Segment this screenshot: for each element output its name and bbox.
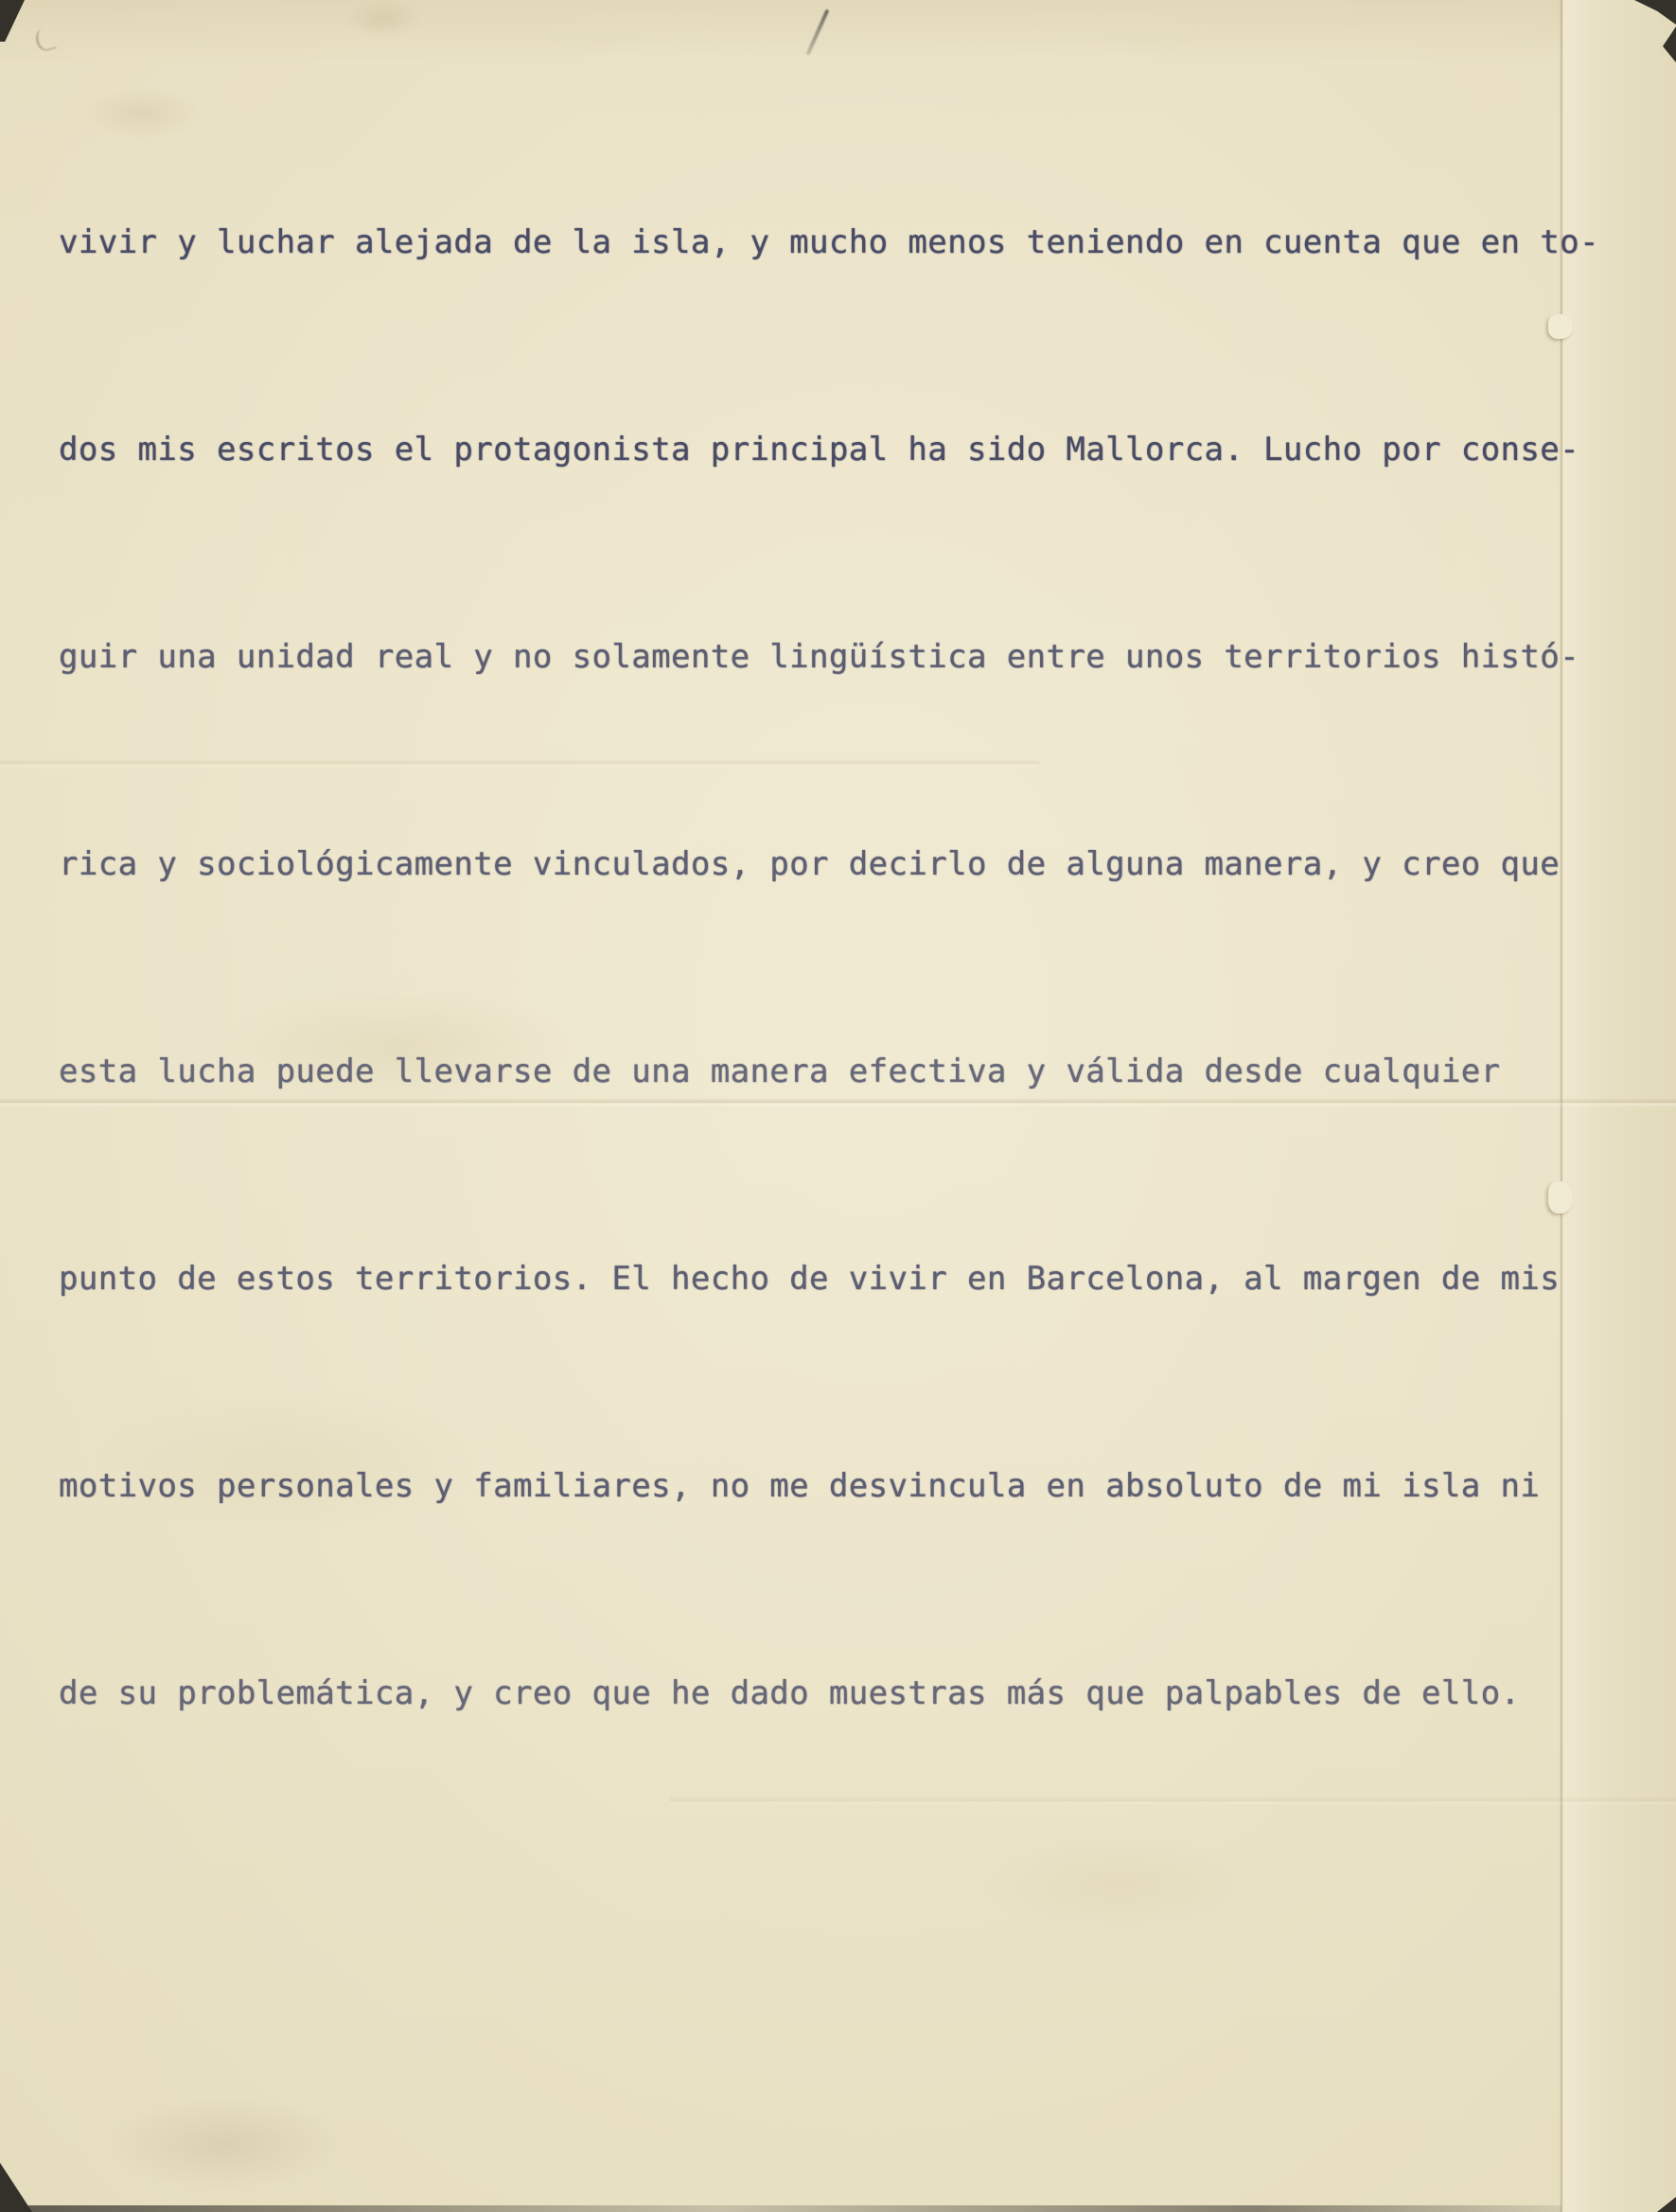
- typed-line: dos mis escritos el protagonista princip…: [59, 416, 1630, 485]
- typed-line: punto de estos territorios. El hecho de …: [59, 1245, 1630, 1314]
- typed-line: vivir y luchar alejada de la isla, y muc…: [59, 208, 1630, 277]
- scan-bottom-edge-shadow: [28, 2205, 1561, 2212]
- typed-line: de su problemática, y creo que he dado m…: [59, 1659, 1630, 1728]
- typed-line: esta lucha puede llevarse de una manera …: [59, 1037, 1630, 1106]
- scan-corner-dark: [0, 2163, 32, 2212]
- typed-line: motivos personales y familiares, no me d…: [59, 1452, 1630, 1521]
- typed-line: rica y sociológicamente vinculados, por …: [59, 830, 1630, 899]
- scanned-paper-page: vivir y luchar alejada de la isla, y muc…: [0, 0, 1676, 2212]
- paper-top-shading: [0, 0, 1676, 66]
- typewritten-text-block: vivir y luchar alejada de la isla, y muc…: [59, 70, 1630, 1867]
- typed-line: guir una unidad real y no solamente ling…: [59, 623, 1630, 692]
